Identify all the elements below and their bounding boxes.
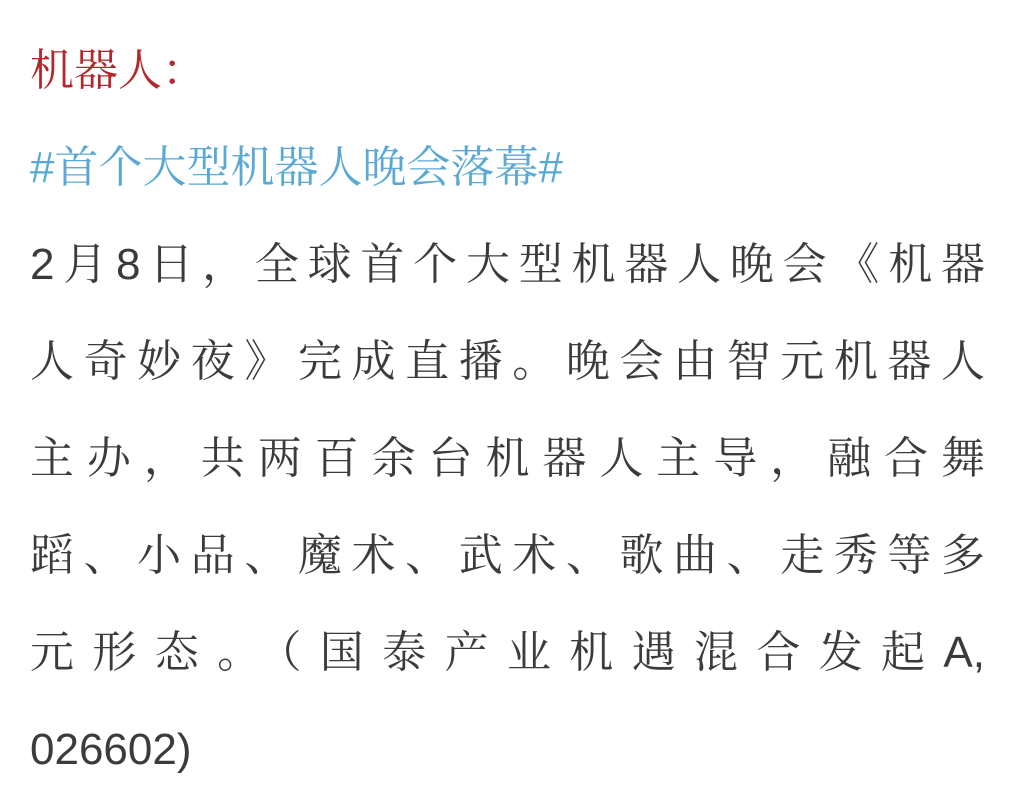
body-text-line-2: 人奇妙夜》完成直播。晚会由智元机器人: [30, 313, 985, 410]
post-body-text: 2月8日，全球首个大型机器人晚会《机器 人奇妙夜》完成直播。晚会由智元机器人 主…: [30, 216, 985, 798]
body-text-line-4: 蹈、小品、魔术、武术、歌曲、走秀等多: [30, 507, 985, 604]
body-text-line-6: 026602): [30, 701, 985, 798]
post-content: 机器人： #首个大型机器人晚会落幕# 2月8日，全球首个大型机器人晚会《机器 人…: [0, 0, 1012, 798]
stock-tag-label[interactable]: 机器人：: [30, 22, 985, 119]
body-text-line-3: 主办，共两百余台机器人主导，融合舞: [30, 410, 985, 507]
hashtag-link[interactable]: #首个大型机器人晚会落幕#: [30, 119, 985, 216]
body-text-line-5: 元形态。（国泰产业机遇混合发起A,: [30, 604, 985, 701]
body-text-line-1: 2月8日，全球首个大型机器人晚会《机器: [30, 216, 985, 313]
